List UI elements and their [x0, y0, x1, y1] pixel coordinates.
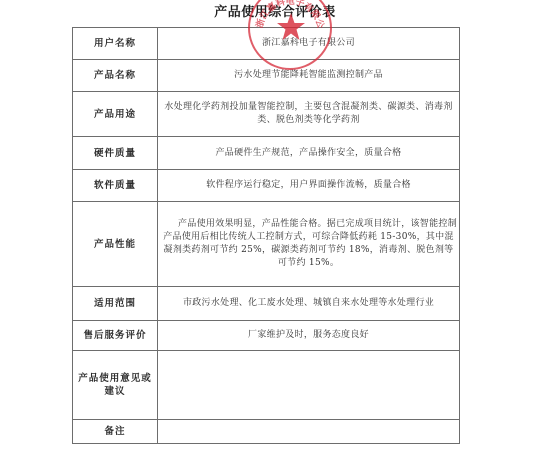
row-label: 产品名称 [73, 60, 158, 92]
row-label: 硬件质量 [73, 137, 158, 170]
row-value: 产品使用效果明显，产品性能合格。据已完成项目统计，该智能控制产品使用后相比传统人… [158, 202, 460, 287]
table-row-software-quality: 软件质量 软件程序运行稳定，用户界面操作流畅，质量合格 [73, 170, 460, 202]
document-title: 产品使用综合评价表 [0, 1, 540, 20]
row-value: 厂家维护及时，服务态度良好 [158, 321, 460, 351]
row-label: 适用范围 [73, 287, 158, 321]
table-row-after-sales-service: 售后服务评价 厂家维护及时，服务态度良好 [73, 321, 460, 351]
table-row-hardware-quality: 硬件质量 产品硬件生产规范，产品操作安全，质量合格 [73, 137, 460, 170]
row-value: 市政污水处理、化工废水处理、城镇自来水处理等水处理行业 [158, 287, 460, 321]
row-label: 用户名称 [73, 28, 158, 60]
evaluation-table: 用户名称 浙江嘉科电子有限公司 产品名称 污水处理节能降耗智能监测控制产品 产品… [72, 27, 460, 444]
table-row-user-name: 用户名称 浙江嘉科电子有限公司 [73, 28, 460, 60]
row-label: 备注 [73, 420, 158, 444]
row-label: 售后服务评价 [73, 321, 158, 351]
table-row-applicable-scope: 适用范围 市政污水处理、化工废水处理、城镇自来水处理等水处理行业 [73, 287, 460, 321]
table-row-remarks: 备注 [73, 420, 460, 444]
table-row-product-performance: 产品性能 产品使用效果明显，产品性能合格。据已完成项目统计，该智能控制产品使用后… [73, 202, 460, 287]
row-value: 浙江嘉科电子有限公司 [158, 28, 460, 60]
row-value: 污水处理节能降耗智能监测控制产品 [158, 60, 460, 92]
row-label: 产品性能 [73, 202, 158, 287]
table-row-feedback: 产品使用意见或建议 [73, 351, 460, 420]
row-value: 产品硬件生产规范，产品操作安全，质量合格 [158, 137, 460, 170]
row-value [158, 351, 460, 420]
row-value: 软件程序运行稳定，用户界面操作流畅，质量合格 [158, 170, 460, 202]
row-label: 产品用途 [73, 92, 158, 137]
row-value [158, 420, 460, 444]
table-row-product-use: 产品用途 水处理化学药剂投加量智能控制，主要包含混凝剂类、碳源类、消毒剂类、脱色… [73, 92, 460, 137]
row-label: 产品使用意见或建议 [73, 351, 158, 420]
table-row-product-name: 产品名称 污水处理节能降耗智能监测控制产品 [73, 60, 460, 92]
row-value: 水处理化学药剂投加量智能控制，主要包含混凝剂类、碳源类、消毒剂类、脱色剂类等化学… [158, 92, 460, 137]
row-label: 软件质量 [73, 170, 158, 202]
